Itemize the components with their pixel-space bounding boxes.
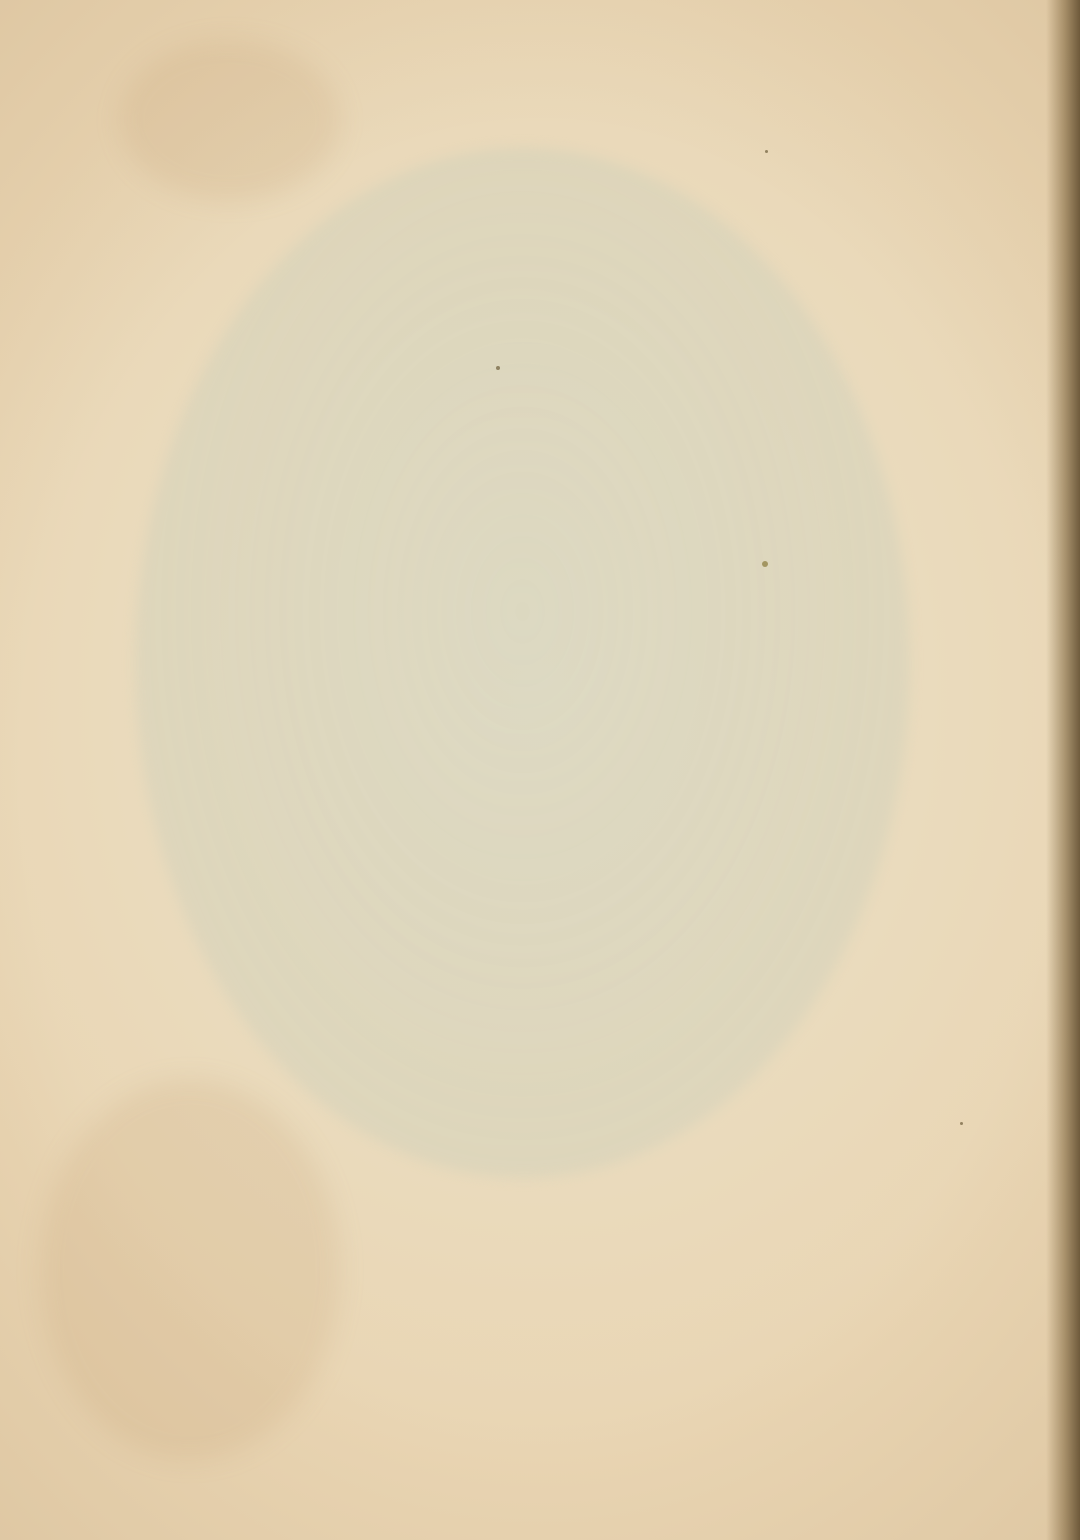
book-gutter-shadow bbox=[1046, 0, 1080, 1540]
paper-speck bbox=[765, 150, 768, 153]
paper-speck bbox=[960, 1122, 963, 1125]
age-stain bbox=[40, 1080, 340, 1460]
show-through-portrait-oval bbox=[135, 148, 910, 1178]
age-stain bbox=[120, 40, 340, 200]
paper-speck bbox=[496, 366, 500, 370]
paper-speck bbox=[762, 561, 768, 567]
scanned-page bbox=[0, 0, 1080, 1540]
